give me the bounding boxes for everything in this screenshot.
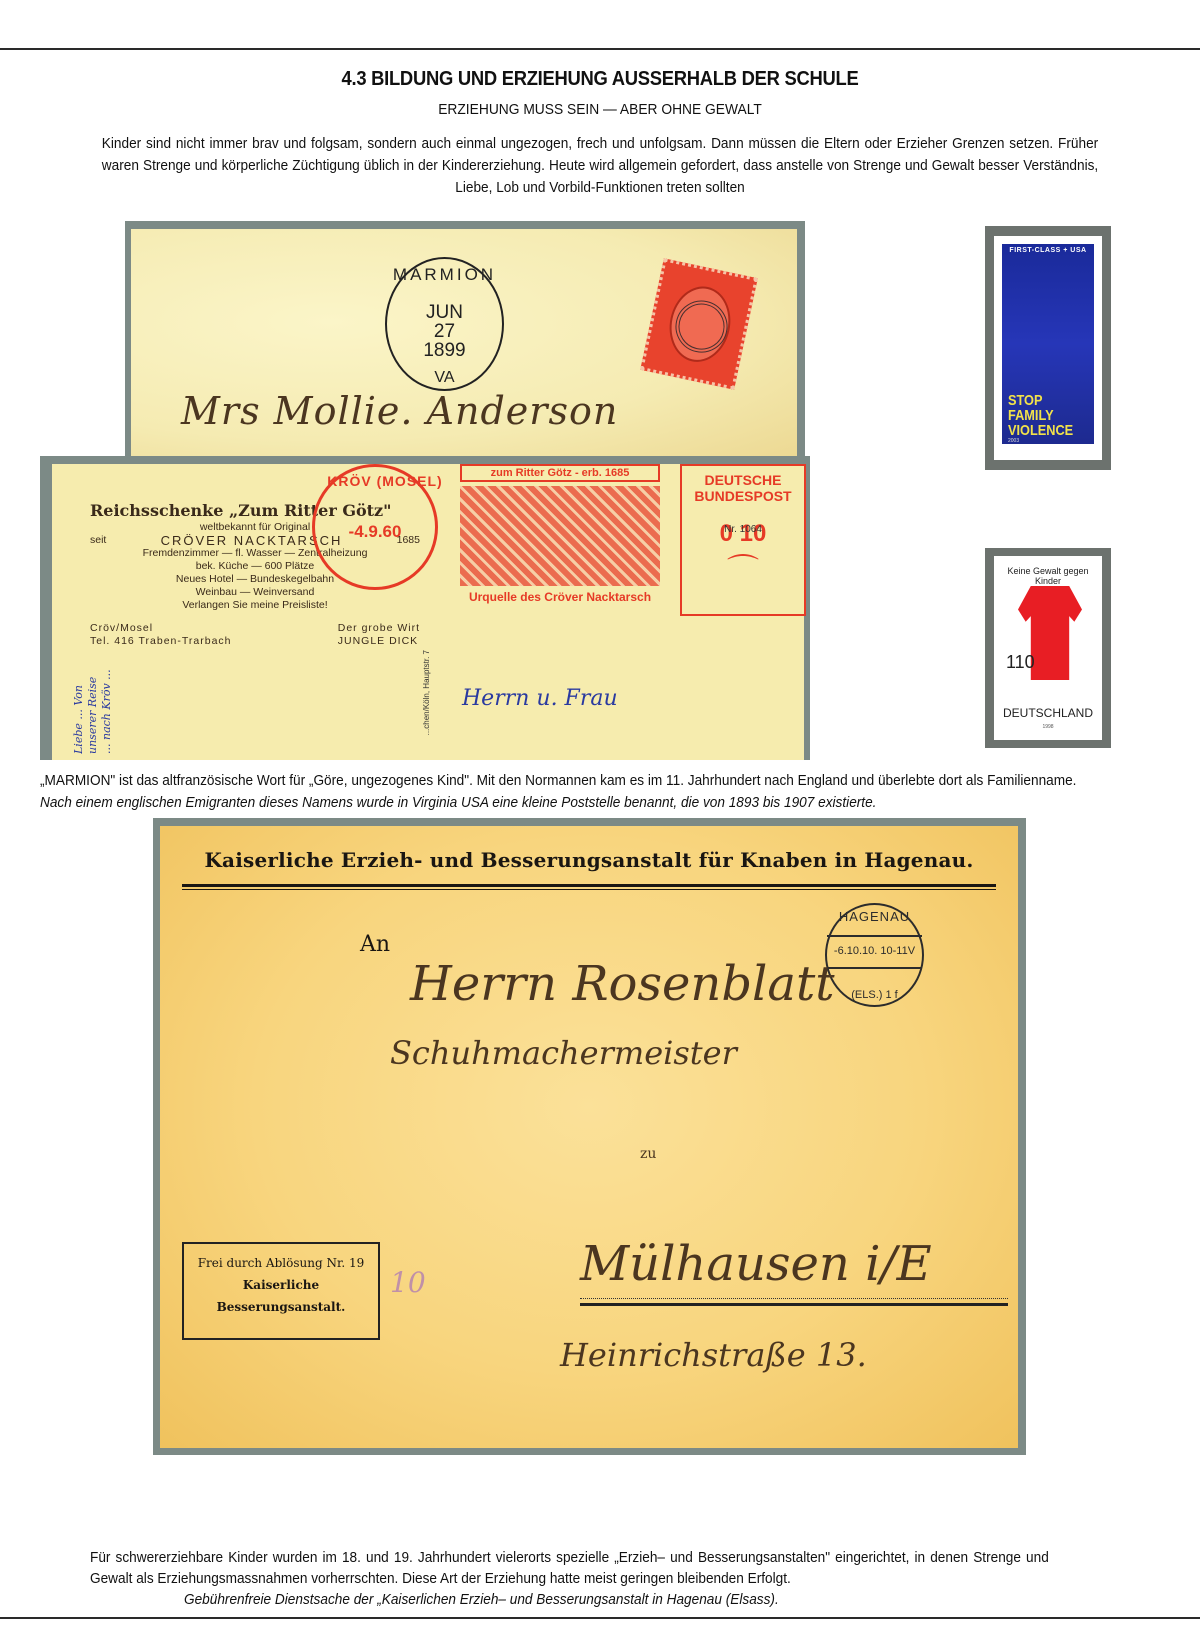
advert-foot: Der grobe Wirt [338, 622, 420, 635]
meter-postmark: KRÖV (MOSEL) -4.9.60 [312, 464, 438, 590]
slogan-top: zum Ritter Götz - erb. 1685 [460, 464, 660, 482]
bottom-rule [0, 1617, 1200, 1619]
header-rule [182, 884, 996, 890]
address-handwritten: Mrs Mollie. Anderson [181, 389, 618, 433]
tavern-illustration [460, 486, 660, 586]
postmark-marmion: MARMION JUN 27 1899 VA [385, 257, 504, 391]
caption-italic: Gebührenfreie Dienstsache der „Kaiserlic… [90, 1590, 1049, 1611]
posthorn-icon: ⌒ [682, 545, 804, 591]
frank-line: Frei durch Ablösung Nr. 19 [184, 1252, 378, 1274]
postmark-state: VA [387, 369, 502, 387]
meter-date: -4.9.60 [315, 522, 435, 542]
official-frank-box: Frei durch Ablösung Nr. 19 Kaiserliche B… [182, 1242, 380, 1340]
stamp-slogan: STOP FAMILY VIOLENCE [1008, 393, 1073, 438]
postmark-hagenau: HAGENAU -6.10.10. 10-11V (ELS.) 1 f [825, 903, 924, 1007]
frank-title: DEUTSCHE BUNDESPOST [682, 472, 804, 504]
meter-slogan: zum Ritter Götz - erb. 1685 Urquelle des… [460, 464, 660, 612]
postmark-date: -6.10.10. 10-11V [827, 945, 922, 957]
advert-foot: JUNGLE DICK [338, 635, 420, 648]
stamp-denomination: FIRST-CLASS + USA [1002, 244, 1094, 254]
caption-italic: Nach einem englischen Emigranten dieses … [40, 795, 876, 811]
caption-marmion: „MARMION" ist das altfranzösische Wort f… [40, 770, 1093, 814]
pencil-mark: 10 [390, 1266, 426, 1299]
advert-seit: seit [90, 534, 106, 547]
page-title: 4.3 BILDUNG UND ERZIEHUNG AUSSERHALB DER… [48, 68, 1152, 91]
page-subtitle: ERZIEHUNG MUSS SEIN — ABER OHNE GEWALT [48, 101, 1152, 118]
advert-foot: Cröv/Mosel [90, 622, 232, 635]
address-profession: Schuhmachermeister [390, 1034, 737, 1072]
address-handwritten: Herrn u. Frau [462, 686, 618, 711]
slogan-bottom: Urquelle des Cröver Nacktarsch [460, 590, 660, 604]
stamp-keine-gewalt: Keine Gewalt gegen Kinder 110 DEUTSCHLAN… [994, 556, 1102, 740]
meter-town: KRÖV (MOSEL) [325, 473, 445, 489]
envelope-header: Kaiserliche Erzieh- und Besserungsanstal… [160, 848, 1018, 872]
caption-normal: „MARMION" ist das altfranzösische Wort f… [40, 773, 1076, 789]
postmark-town: MARMION [387, 265, 502, 285]
address-city: Mülhausen i/E [580, 1236, 932, 1292]
zu-label: zu [640, 1146, 656, 1162]
cover-kroev-postcard: Reichsschenke „Zum Ritter Götz" weltbeka… [52, 464, 804, 760]
postmark-bar [827, 935, 922, 937]
stamp-stop-family-violence: FIRST-CLASS + USA STOP FAMILY VIOLENCE 2… [994, 236, 1102, 460]
postmark-bar [827, 967, 922, 969]
advert-footer: Cröv/MoselTel. 416 Traben-Trarbach Der g… [90, 622, 420, 648]
stamp-country: DEUTSCHLAND [994, 706, 1102, 720]
city-underline [580, 1298, 1008, 1306]
postmark-date: JUN 27 1899 [387, 303, 502, 360]
caption-normal: Für schwererziehbare Kinder wurden im 18… [90, 1550, 1049, 1587]
stamp-caption: Keine Gewalt gegen Kinder [994, 556, 1102, 586]
advert-line: Verlangen Sie meine Preisliste! [90, 599, 420, 612]
stamp-washington-2c [640, 258, 758, 389]
address-street: Heinrichstraße 13. [560, 1336, 867, 1374]
meter-frank: DEUTSCHE BUNDESPOST 0 10 Nr. 1064 ⌒ [680, 464, 806, 616]
stamp-value: 110 [1006, 652, 1035, 673]
top-rule [0, 48, 1200, 50]
stamp-year: 2003 [1008, 438, 1019, 444]
frank-line: Besserungsanstalt. [217, 1300, 346, 1314]
handwritten-message: Liebe ... Von unserer Reise ... nach Krö… [72, 664, 402, 754]
frank-line: Kaiserliche [243, 1278, 319, 1292]
cover-hagenau: Kaiserliche Erzieh- und Besserungsanstal… [160, 826, 1018, 1448]
advert-foot: Tel. 416 Traben-Trarbach [90, 635, 232, 648]
address-name: Herrn Rosenblatt [410, 956, 835, 1012]
intro-text: Kinder sind nicht immer brav und folgsam… [102, 133, 1098, 199]
postmark-town: HAGENAU [827, 909, 922, 924]
an-label: An [360, 932, 390, 957]
frank-number: Nr. 1064 [682, 524, 804, 535]
cover-marmion: MARMION JUN 27 1899 VA Mrs Mollie. Ander… [131, 229, 797, 461]
stamp-year: 1998 [994, 724, 1102, 730]
postmark-district: (ELS.) 1 f [827, 989, 922, 1001]
caption-hagenau: Für schwererziehbare Kinder wurden im 18… [90, 1548, 1049, 1611]
stamp-image: FIRST-CLASS + USA STOP FAMILY VIOLENCE 2… [1002, 244, 1094, 444]
printer-imprint: ...chen/Köln, Hauptstr. 7 [422, 650, 431, 735]
